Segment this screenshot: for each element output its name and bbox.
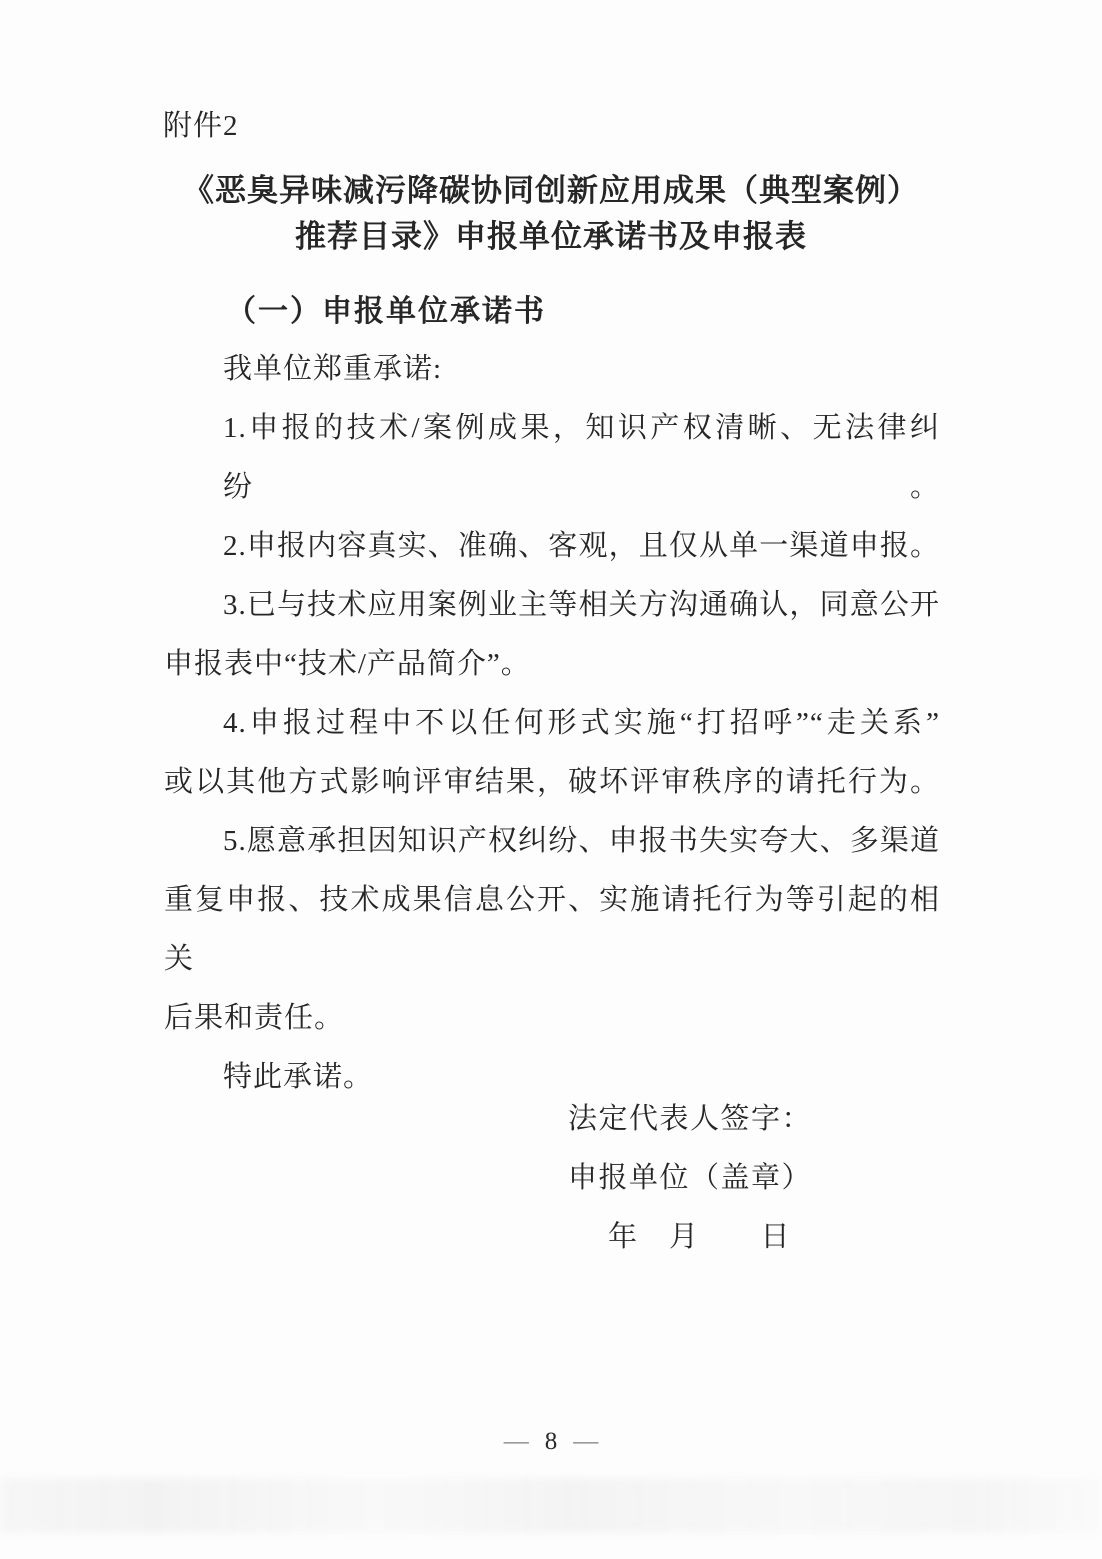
date-line: 年 月 日 (568, 1208, 812, 1267)
footer-dash-right: — (573, 1428, 598, 1455)
document-title-line-2: 推荐目录》申报单位承诺书及申报表 (0, 214, 1102, 260)
commitment-body: 我单位郑重承诺: 1.申报的技术/案例成果，知识产权清晰、无法律纠纷。 2.申报… (164, 340, 940, 1107)
document-title-line-1: 《恶臭异味减污降碳协同创新应用成果（典型案例） (0, 168, 1102, 214)
body-line-item-2: 2.申报内容真实、准确、客观，且仅从单一渠道申报。 (164, 517, 940, 576)
legal-representative-signature-label: 法定代表人签字： (568, 1090, 812, 1149)
body-line-item-4: 4.申报过程中不以任何形式实施“打招呼”“走关系” (164, 694, 940, 753)
scanned-document-page: 附件2 《恶臭异味减污降碳协同创新应用成果（典型案例） 推荐目录》申报单位承诺书… (0, 0, 1102, 1559)
body-line-item-3-continued: 申报表中“技术/产品简介”。 (164, 635, 940, 694)
footer-dash-left: — (504, 1428, 529, 1455)
body-line-item-4-continued: 或以其他方式影响评审结果，破坏评审秩序的请托行为。 (164, 753, 940, 812)
attachment-label: 附件2 (163, 106, 239, 146)
page-footer: —8— (0, 1428, 1102, 1456)
body-line-item-1: 1.申报的技术/案例成果，知识产权清晰、无法律纠纷。 (164, 399, 940, 517)
body-line-intro: 我单位郑重承诺: (164, 340, 940, 399)
page-number: 8 (545, 1428, 558, 1455)
applicant-unit-seal-label: 申报单位（盖章） (568, 1149, 812, 1208)
body-line-item-3: 3.已与技术应用案例业主等相关方沟通确认，同意公开 (164, 576, 940, 635)
body-line-item-5-end: 后果和责任。 (164, 989, 940, 1048)
signature-block: 法定代表人签字： 申报单位（盖章） 年 月 日 (568, 1090, 812, 1267)
section-heading: （一）申报单位承诺书 (226, 292, 546, 332)
document-title: 《恶臭异味减污降碳协同创新应用成果（典型案例） 推荐目录》申报单位承诺书及申报表 (0, 168, 1102, 260)
body-line-item-5-continued: 重复申报、技术成果信息公开、实施请托行为等引起的相关 (164, 871, 940, 989)
scan-artifact (0, 1478, 1102, 1533)
body-line-item-5: 5.愿意承担因知识产权纠纷、申报书失实夸大、多渠道 (164, 812, 940, 871)
body-line-closing: 特此承诺。 (164, 1048, 940, 1107)
